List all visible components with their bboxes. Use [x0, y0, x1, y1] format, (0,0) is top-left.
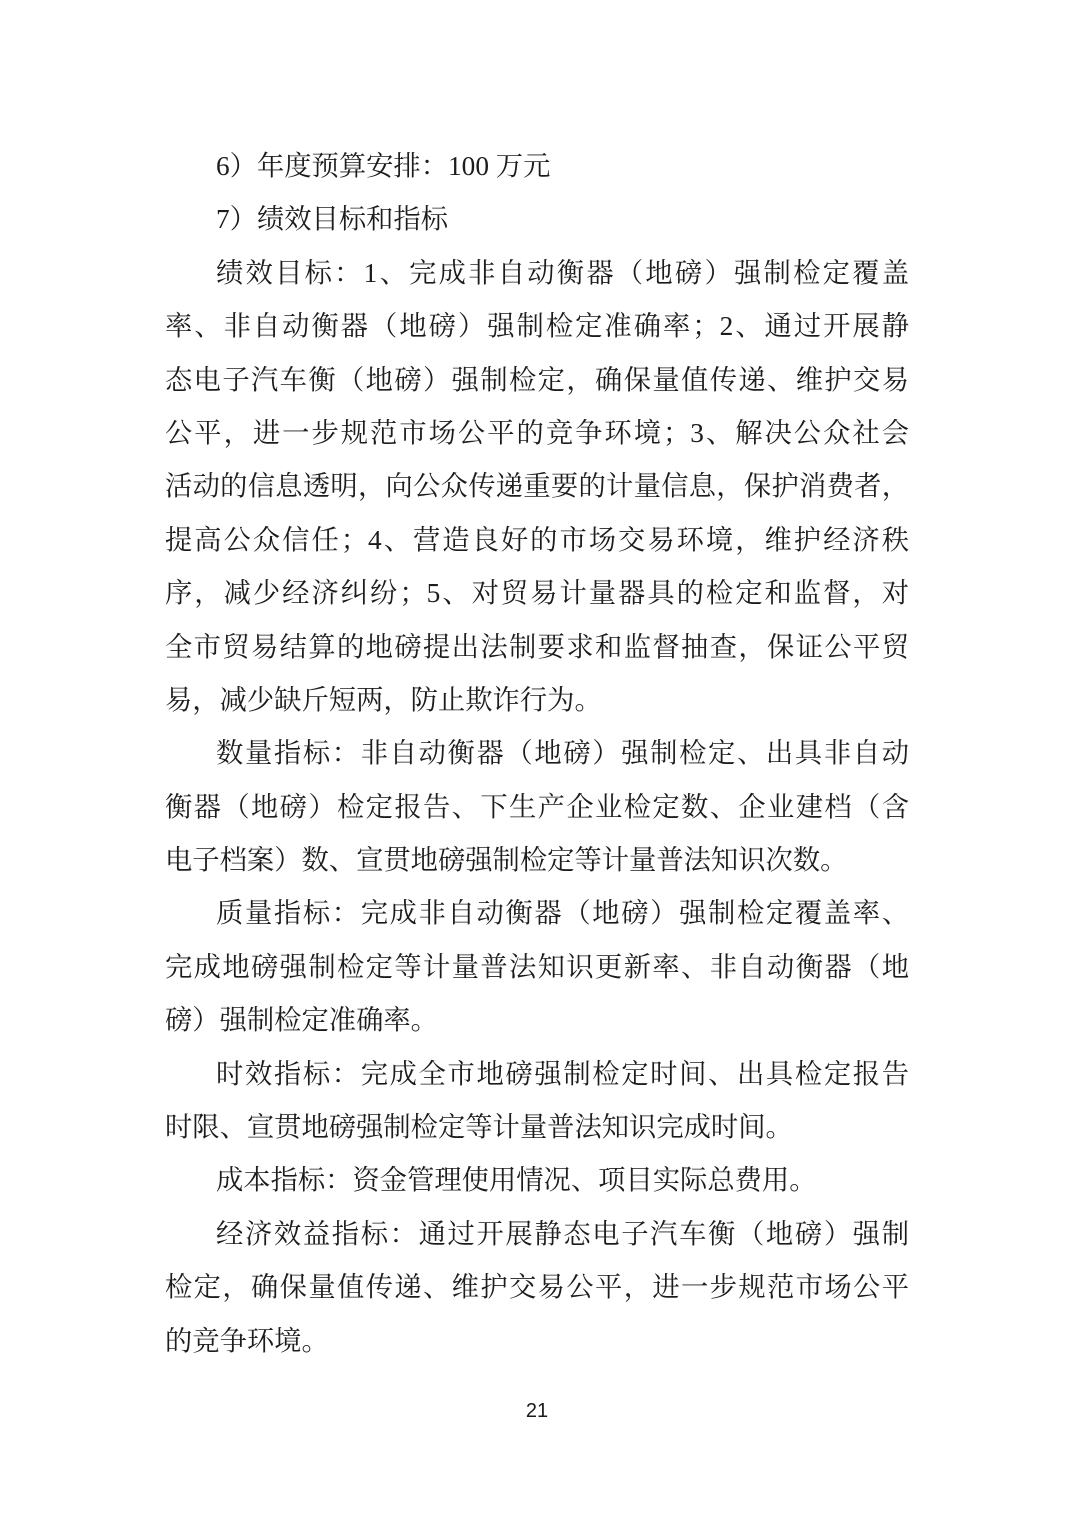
text-line: 态电子汽车衡（地磅）强制检定，确保量值传递、维护交易 — [165, 354, 909, 407]
document-body: 6）年度预算安排：100 万元7）绩效目标和指标绩效目标：1、完成非自动衡器（地… — [165, 140, 909, 1368]
text-line: 质量指标：完成非自动衡器（地磅）强制检定覆盖率、 — [165, 887, 909, 940]
text-line: 成本指标：资金管理使用情况、项目实际总费用。 — [165, 1154, 909, 1207]
text-line: 活动的信息透明，向公众传递重要的计量信息，保护消费者， — [165, 460, 909, 513]
text-line: 磅）强制检定准确率。 — [165, 994, 909, 1047]
text-line: 6）年度预算安排：100 万元 — [165, 140, 909, 193]
text-line: 的竞争环境。 — [165, 1315, 909, 1368]
text-line: 全市贸易结算的地磅提出法制要求和监督抽查，保证公平贸 — [165, 621, 909, 674]
text-line: 经济效益指标：通过开展静态电子汽车衡（地磅）强制 — [165, 1208, 909, 1261]
page-number: 21 — [0, 1400, 1074, 1423]
text-line: 率、非自动衡器（地磅）强制检定准确率；2、通过开展静 — [165, 300, 909, 353]
text-line: 时限、宣贯地磅强制检定等计量普法知识完成时间。 — [165, 1101, 909, 1154]
text-line: 7）绩效目标和指标 — [165, 193, 909, 246]
text-line: 时效指标：完成全市地磅强制检定时间、出具检定报告 — [165, 1048, 909, 1101]
text-line: 衡器（地磅）检定报告、下生产企业检定数、企业建档（含 — [165, 781, 909, 834]
document-page: 6）年度预算安排：100 万元7）绩效目标和指标绩效目标：1、完成非自动衡器（地… — [0, 0, 1074, 1520]
text-line: 提高公众信任；4、营造良好的市场交易环境，维护经济秩 — [165, 514, 909, 567]
text-line: 检定，确保量值传递、维护交易公平，进一步规范市场公平 — [165, 1261, 909, 1314]
text-line: 数量指标：非自动衡器（地磅）强制检定、出具非自动 — [165, 727, 909, 780]
text-line: 绩效目标：1、完成非自动衡器（地磅）强制检定覆盖 — [165, 247, 909, 300]
text-line: 电子档案）数、宣贯地磅强制检定等计量普法知识次数。 — [165, 834, 909, 887]
text-line: 序，减少经济纠纷；5、对贸易计量器具的检定和监督，对 — [165, 567, 909, 620]
text-line: 完成地磅强制检定等计量普法知识更新率、非自动衡器（地 — [165, 941, 909, 994]
text-line: 易，减少缺斤短两，防止欺诈行为。 — [165, 674, 909, 727]
text-line: 公平，进一步规范市场公平的竞争环境；3、解决公众社会 — [165, 407, 909, 460]
